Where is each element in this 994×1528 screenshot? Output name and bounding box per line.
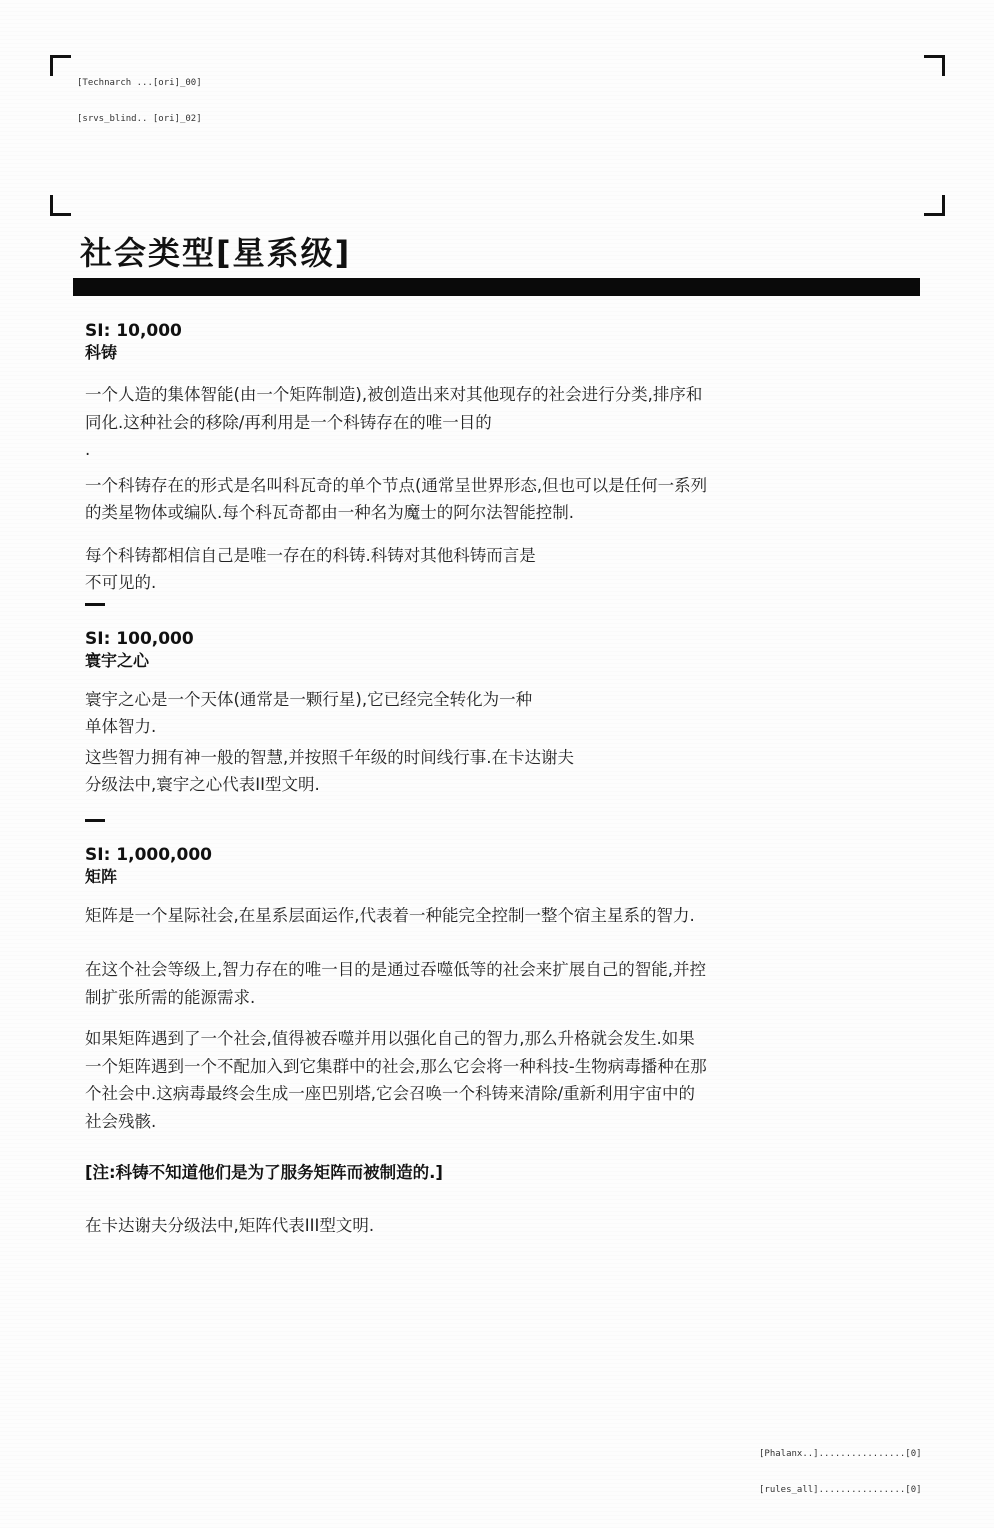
- paragraph: 这些智力拥有神一般的智慧,并按照千年级的时间线行事.在卡达谢夫: [85, 744, 710, 772]
- society-name: 矩阵: [85, 866, 710, 888]
- corner-bracket-bottom-left: [50, 195, 71, 216]
- page-title: 社会类型[星系级]: [80, 228, 351, 274]
- section-universal-heart: SI: 100,000 寰宇之心 寰宇之心是一个天体(通常是一颗行星),它已经完…: [85, 628, 710, 822]
- paragraph: 如果矩阵遇到了一个社会,值得被吞噬并用以强化自己的智力,那么升格就会发生.如果一…: [85, 1025, 710, 1135]
- section-matrix: SI: 1,000,000 矩阵 矩阵是一个星际社会,在星系层面运作,代表着一种…: [85, 844, 710, 1240]
- section-separator-dash: [85, 819, 105, 822]
- paragraph: 一个科铸存在的形式是名叫科瓦奇的单个节点(通常呈世界形态,但也可以是任何一系列的…: [85, 472, 710, 527]
- corner-bracket-top-right: [924, 55, 945, 76]
- footer-meta-line-2: [rules_all]................[0]: [759, 1484, 922, 1496]
- header-meta-line-1: [Technarch ...[ori]_00]: [77, 77, 202, 89]
- section-keizhu: SI: 10,000 科铸 一个人造的集体智能(由一个矩阵制造),被创造出来对其…: [85, 320, 710, 606]
- paragraph: 每个科铸都相信自己是唯一存在的科铸.科铸对其他科铸而言是: [85, 542, 710, 570]
- paragraph: 不可见的.: [85, 569, 710, 597]
- section-separator-dash: [85, 603, 105, 606]
- society-name: 寰宇之心: [85, 650, 710, 672]
- paragraph-period: .: [85, 436, 710, 464]
- footer-meta-line-1: [Phalanx..]................[0]: [759, 1448, 922, 1460]
- header-meta-line-2: [srvs_blind.. [ori]_02]: [77, 113, 202, 125]
- note-text: [注:科铸不知道他们是为了服务矩阵而被制造的.]: [85, 1159, 710, 1186]
- corner-bracket-bottom-right: [924, 195, 945, 216]
- paragraph: 一个人造的集体智能(由一个矩阵制造),被创造出来对其他现存的社会进行分类,排序和…: [85, 381, 710, 436]
- corner-bracket-top-left: [50, 55, 71, 76]
- si-value: SI: 1,000,000: [85, 844, 710, 866]
- si-value: SI: 10,000: [85, 320, 710, 342]
- header-meta: [Technarch ...[ori]_00] [srvs_blind.. [o…: [77, 53, 202, 137]
- paragraph: 在这个社会等级上,智力存在的唯一目的是通过吞噬低等的社会来扩展自己的智能,并控制…: [85, 956, 710, 1011]
- paragraph: 在卡达谢夫分级法中,矩阵代表III型文明.: [85, 1212, 710, 1240]
- footer-meta: [Phalanx..]................[0] [rules_al…: [759, 1424, 922, 1508]
- si-value: SI: 100,000: [85, 628, 710, 650]
- paragraph: 单体智力.: [85, 713, 710, 741]
- paragraph: 寰宇之心是一个天体(通常是一颗行星),它已经完全转化为一种: [85, 686, 710, 714]
- paragraph: 矩阵是一个星际社会,在星系层面运作,代表着一种能完全控制一整个宿主星系的智力.: [85, 902, 710, 930]
- paragraph: 分级法中,寰宇之心代表II型文明.: [85, 771, 710, 799]
- society-name: 科铸: [85, 342, 710, 364]
- content-body: SI: 10,000 科铸 一个人造的集体智能(由一个矩阵制造),被创造出来对其…: [85, 320, 710, 1240]
- title-underline-bar: [73, 278, 920, 296]
